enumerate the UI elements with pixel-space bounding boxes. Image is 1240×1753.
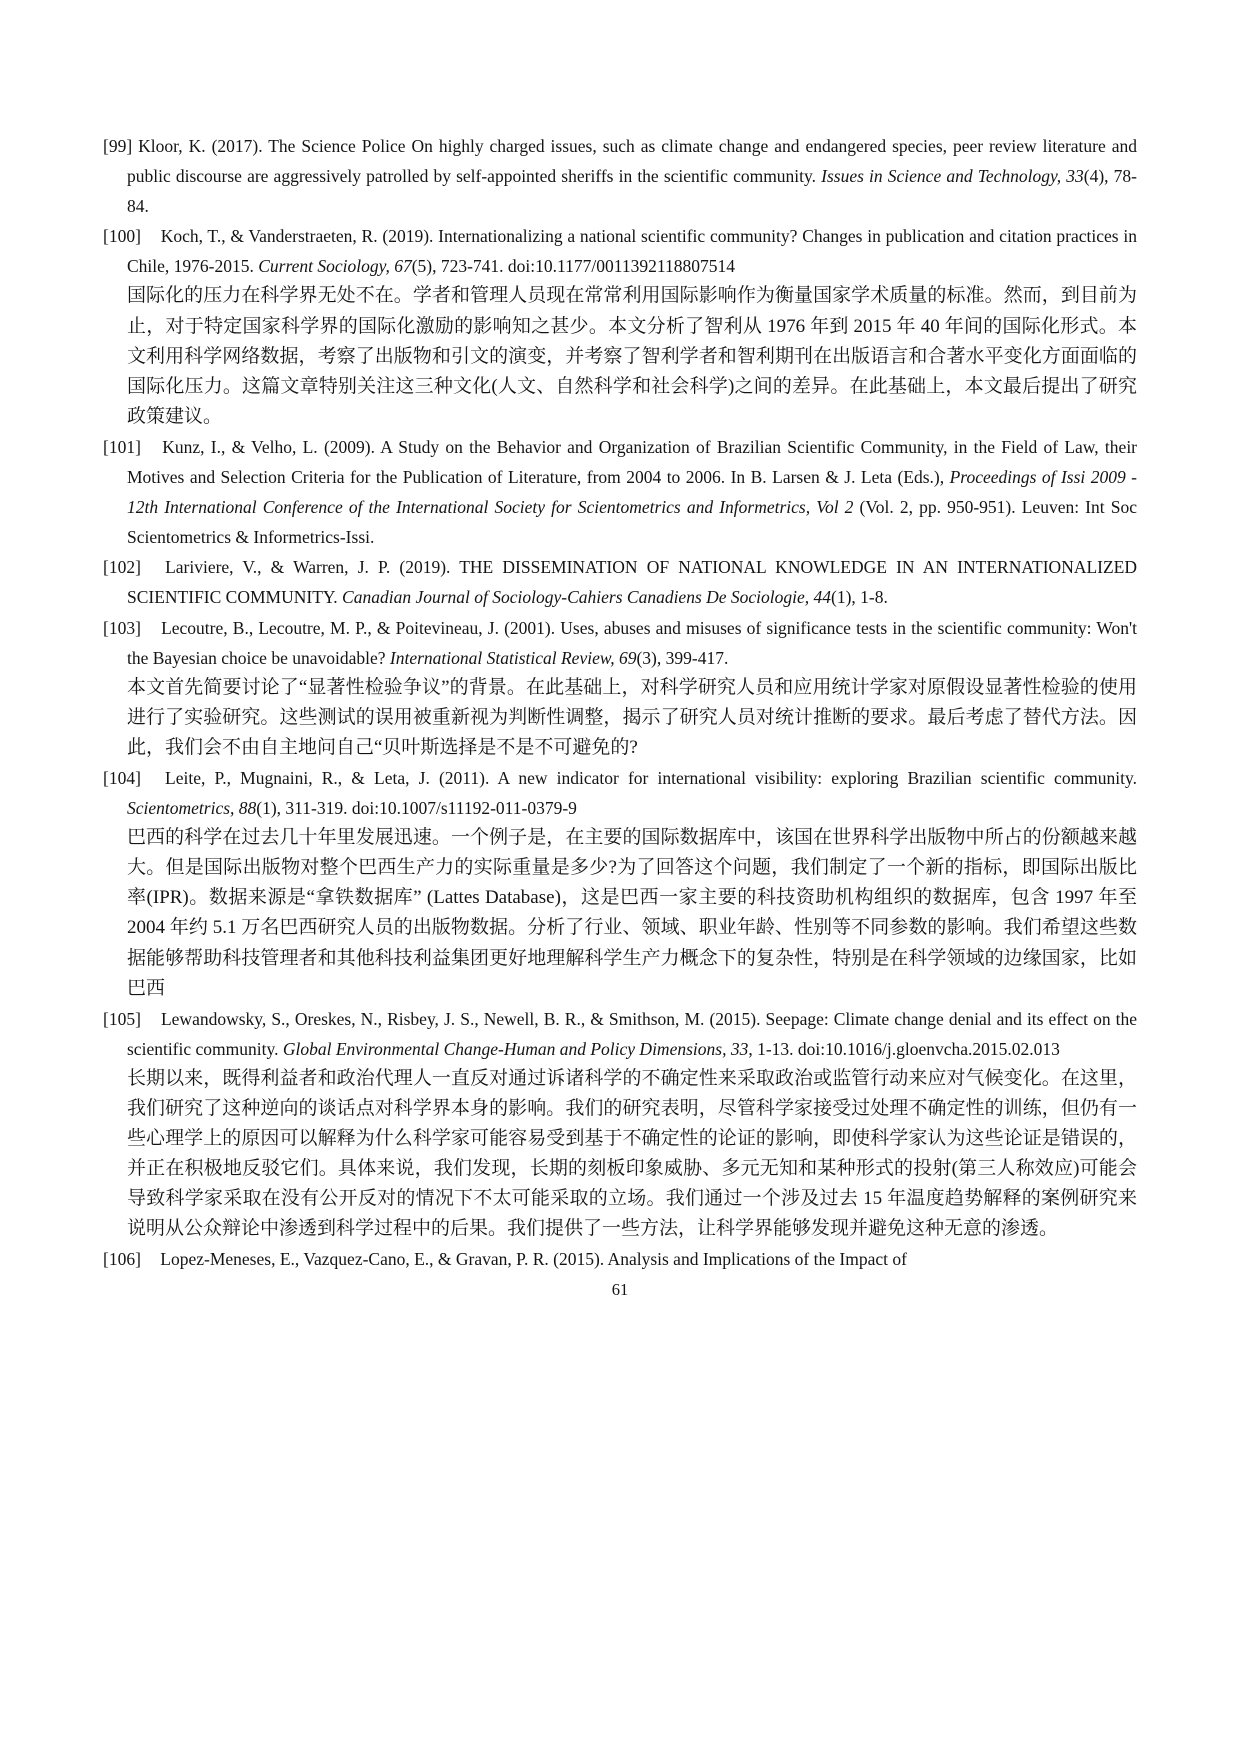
reference-abstract-cn: 本文首先简要讨论了“显著性检验争议”的背景。在此基础上，对科学研究人员和应用统计… bbox=[103, 673, 1137, 763]
citation-text: , 1-13. doi:10.1016/j.gloenvcha.2015.02.… bbox=[748, 1039, 1060, 1059]
reference-citation: [101] Kunz, I., & Velho, L. (2009). A St… bbox=[103, 432, 1137, 552]
citation-text: (1), 1-8. bbox=[831, 587, 888, 607]
reference-abstract-cn: 长期以来，既得利益者和政治代理人一直反对通过诉诸科学的不确定性来采取政治或监管行… bbox=[103, 1064, 1137, 1245]
reference-citation: [99] Kloor, K. (2017). The Science Polic… bbox=[103, 131, 1137, 221]
reference-entry: [102] Lariviere, V., & Warren, J. P. (20… bbox=[103, 552, 1137, 612]
journal-title: Issues in Science and Technology, 33 bbox=[821, 166, 1084, 186]
reference-citation: [105] Lewandowsky, S., Oreskes, N., Risb… bbox=[103, 1004, 1137, 1064]
citation-text: (1), 311-319. doi:10.1007/s11192-011-037… bbox=[256, 798, 577, 818]
citation-text: (3), 399-417. bbox=[636, 648, 728, 668]
reference-entry: [101] Kunz, I., & Velho, L. (2009). A St… bbox=[103, 432, 1137, 552]
reference-entry: [106] Lopez-Meneses, E., Vazquez-Cano, E… bbox=[103, 1244, 1137, 1274]
reference-number: [106] bbox=[103, 1249, 141, 1269]
journal-title: International Statistical Review, 69 bbox=[390, 648, 637, 668]
document-page: [99] Kloor, K. (2017). The Science Polic… bbox=[0, 0, 1240, 1753]
reference-number: [104] bbox=[103, 768, 141, 788]
journal-title: Current Sociology, 67 bbox=[258, 256, 411, 276]
reference-citation: [102] Lariviere, V., & Warren, J. P. (20… bbox=[103, 552, 1137, 612]
reference-number: [101] bbox=[103, 437, 141, 457]
reference-entry: [103] Lecoutre, B., Lecoutre, M. P., & P… bbox=[103, 613, 1137, 763]
reference-entry: [104] Leite, P., Mugnaini, R., & Leta, J… bbox=[103, 763, 1137, 1004]
reference-citation: [100] Koch, T., & Vanderstraeten, R. (20… bbox=[103, 221, 1137, 281]
reference-number: [99] bbox=[103, 136, 132, 156]
reference-citation: [103] Lecoutre, B., Lecoutre, M. P., & P… bbox=[103, 613, 1137, 673]
reference-entry: [99] Kloor, K. (2017). The Science Polic… bbox=[103, 131, 1137, 221]
citation-text: (5), 723-741. doi:10.1177/00113921188075… bbox=[412, 256, 735, 276]
reference-number: [103] bbox=[103, 618, 141, 638]
reference-citation: [106] Lopez-Meneses, E., Vazquez-Cano, E… bbox=[103, 1244, 1137, 1274]
journal-title: Scientometrics, 88 bbox=[127, 798, 256, 818]
reference-abstract-cn: 巴西的科学在过去几十年里发展迅速。一个例子是，在主要的国际数据库中，该国在世界科… bbox=[103, 823, 1137, 1004]
page-number: 61 bbox=[103, 1275, 1137, 1305]
reference-citation: [104] Leite, P., Mugnaini, R., & Leta, J… bbox=[103, 763, 1137, 823]
reference-entry: [100] Koch, T., & Vanderstraeten, R. (20… bbox=[103, 221, 1137, 432]
reference-entry: [105] Lewandowsky, S., Oreskes, N., Risb… bbox=[103, 1004, 1137, 1245]
journal-title: Global Environmental Change-Human and Po… bbox=[283, 1039, 748, 1059]
references-section: [99] Kloor, K. (2017). The Science Polic… bbox=[103, 131, 1137, 1305]
reference-abstract-cn: 国际化的压力在科学界无处不在。学者和管理人员现在常常利用国际影响作为衡量国家学术… bbox=[103, 281, 1137, 431]
journal-title: Canadian Journal of Sociology-Cahiers Ca… bbox=[342, 587, 831, 607]
reference-number: [100] bbox=[103, 226, 141, 246]
reference-number: [105] bbox=[103, 1009, 141, 1029]
citation-text: Lopez-Meneses, E., Vazquez-Cano, E., & G… bbox=[160, 1249, 907, 1269]
citation-text: Leite, P., Mugnaini, R., & Leta, J. (201… bbox=[165, 768, 1137, 788]
reference-number: [102] bbox=[103, 557, 141, 577]
references-list: [99] Kloor, K. (2017). The Science Polic… bbox=[103, 131, 1137, 1275]
